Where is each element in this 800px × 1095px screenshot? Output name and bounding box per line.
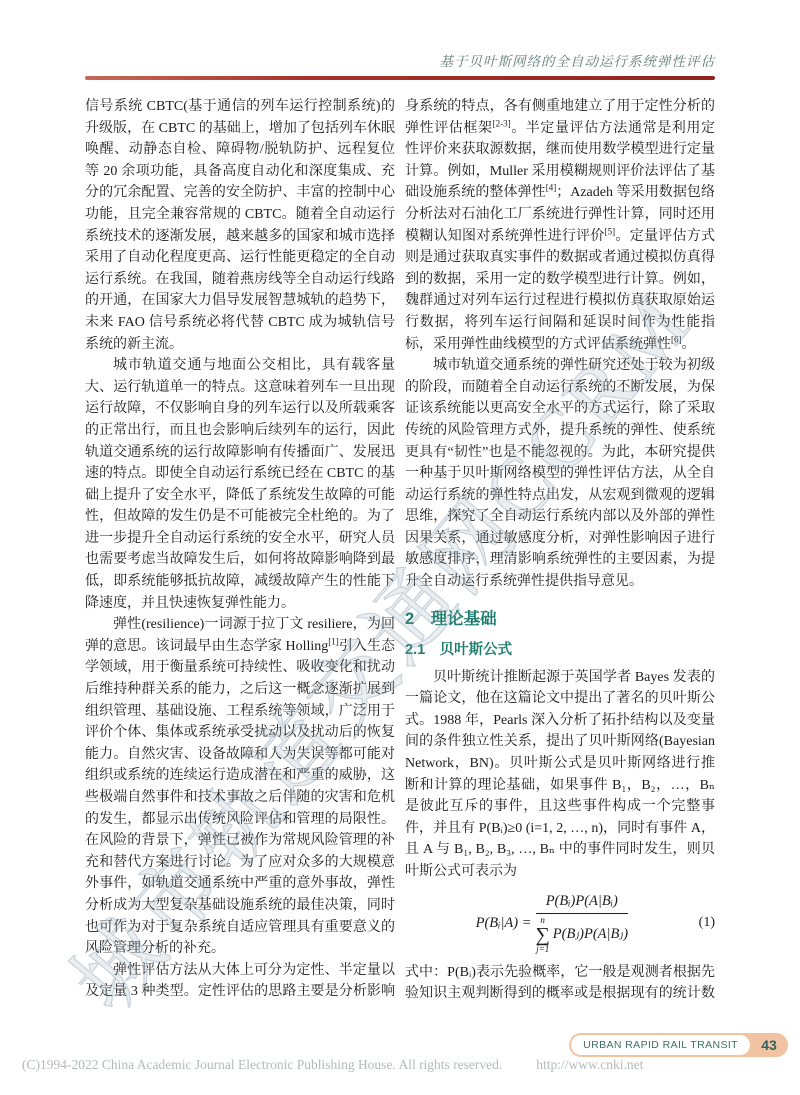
bayes-equation: P(Bᵢ|A) = P(Bᵢ)P(A|Bᵢ) n ∑ j=1 P(Bⱼ)P(A|… bbox=[405, 893, 715, 954]
header-rule bbox=[85, 76, 715, 80]
copyright-text: (C)1994-2022 China Academic Journal Elec… bbox=[22, 1057, 502, 1072]
paragraph: 弹性(resilience)一词源于拉丁文 resiliere，为回弹的意思。该… bbox=[85, 614, 395, 960]
running-title: 基于贝叶斯网络的全自动运行系统弹性评估 bbox=[85, 50, 715, 76]
paragraph: 信号系统 CBTC(基于通信的列车运行控制系统)的升级版，在 CBTC 的基础上… bbox=[85, 96, 395, 355]
text-run: 。定量评估方式则是通过获取真实事件的数据或者通过模拟仿真得到的数据，采用一定的数… bbox=[405, 229, 715, 352]
text-run: 式中：P(Bᵢ)表示先验概率，它一般是观测者根据先验知识主观判断得到的概率或是根… bbox=[405, 965, 715, 1004]
equation-fraction: P(Bᵢ)P(A|Bᵢ) n ∑ j=1 P(Bⱼ)P(A|Bⱼ) bbox=[536, 893, 629, 954]
section-heading: 2 理论基础 bbox=[405, 605, 715, 629]
reference-superscript: [2-3] bbox=[493, 118, 511, 128]
section-heading: 2.1 贝叶斯公式 bbox=[405, 638, 715, 659]
equation-numerator: P(Bᵢ)P(A|Bᵢ) bbox=[536, 893, 629, 914]
paragraph: 城市轨道交通与地面公交相比，具有载客量大、运行轨道单一的特点。这意味着列车一旦出… bbox=[85, 355, 395, 614]
text-run: 城市轨道交通系统的弹性研究还处于较为初级的阶段，而随着全自动运行系统的不断发展，… bbox=[405, 358, 715, 589]
article-body: 信号系统 CBTC(基于通信的列车运行控制系统)的升级版，在 CBTC 的基础上… bbox=[85, 96, 715, 1004]
paragraph: 式中：P(Bᵢ)表示先验概率，它一般是观测者根据先验知识主观判断得到的概率或是根… bbox=[405, 962, 715, 1004]
paragraph: 弹性评估方法从大体上可分为定性、半定量以及定量 3 种类型。定性评估的思路主要是… bbox=[85, 960, 395, 1004]
cnki-url: http://www.cnki.net bbox=[536, 1057, 643, 1072]
right-column: 身系统的特点，各有侧重地建立了用于定性分析的弹性评估框架[2-3]。半定量评估方… bbox=[405, 96, 715, 1004]
left-column: 信号系统 CBTC(基于通信的列车运行控制系统)的升级版，在 CBTC 的基础上… bbox=[85, 96, 395, 1004]
text-run: 引入生态学领域，用于衡量系统可持续性、吸收变化和扰动后维持种群关系的能力，之后这… bbox=[85, 639, 395, 956]
journal-name-en: URBAN RAPID RAIL TRANSIT bbox=[571, 1035, 750, 1055]
journal-badge: URBAN RAPID RAIL TRANSIT 43 bbox=[569, 1033, 788, 1057]
text-run: 贝叶斯统计推断起源于英国学者 Bayes 发表的一篇论文，他在这篇论文中提出了著… bbox=[405, 670, 715, 879]
text-run: 。 bbox=[682, 337, 696, 352]
paragraph: 城市轨道交通系统的弹性研究还处于较为初级的阶段，而随着全自动运行系统的不断发展，… bbox=[405, 355, 715, 593]
reference-superscript: [4] bbox=[546, 183, 557, 193]
equation-body: P(Bᵢ|A) = P(Bᵢ)P(A|Bᵢ) n ∑ j=1 P(Bⱼ)P(A|… bbox=[405, 893, 699, 954]
reference-superscript: [6] bbox=[671, 334, 682, 344]
summation-symbol: n ∑ j=1 bbox=[536, 916, 550, 954]
reference-superscript: [1] bbox=[328, 636, 339, 646]
equation-number: (1) bbox=[699, 915, 715, 931]
text-run: 弹性评估方法从大体上可分为定性、半定量以及定量 3 种类型。定性评估的思路主要是… bbox=[85, 963, 395, 1004]
paragraph: 身系统的特点，各有侧重地建立了用于定性分析的弹性评估框架[2-3]。半定量评估方… bbox=[405, 96, 715, 355]
text-run: 信号系统 CBTC(基于通信的列车运行控制系统)的升级版，在 CBTC 的基础上… bbox=[85, 99, 395, 352]
equation-denominator: n ∑ j=1 P(Bⱼ)P(A|Bⱼ) bbox=[536, 914, 629, 954]
page-header: 基于贝叶斯网络的全自动运行系统弹性评估 bbox=[85, 0, 715, 80]
equation-lhs: P(Bᵢ|A) = bbox=[476, 915, 532, 932]
journal-page: 基于贝叶斯网络的全自动运行系统弹性评估 信号系统 CBTC(基于通信的列车运行控… bbox=[0, 0, 800, 1095]
reference-superscript: [5] bbox=[605, 226, 616, 236]
copyright-footer: (C)1994-2022 China Academic Journal Elec… bbox=[22, 1057, 792, 1073]
page-number: 43 bbox=[750, 1037, 788, 1053]
paragraph: 贝叶斯统计推断起源于英国学者 Bayes 发表的一篇论文，他在这篇论文中提出了著… bbox=[405, 667, 715, 883]
text-run: 城市轨道交通与地面公交相比，具有载客量大、运行轨道单一的特点。这意味着列车一旦出… bbox=[85, 358, 395, 611]
